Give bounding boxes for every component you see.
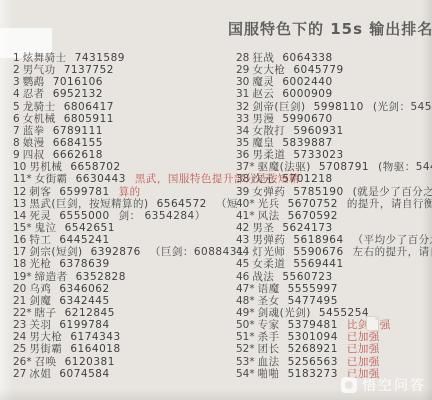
- weapon-note: (物驱：5441159): [378, 161, 432, 173]
- ranking-row: 32剑帝(巨剑)5998110(光剑：5453916): [236, 101, 432, 113]
- ranking-row: 15*鬼泣6542651: [13, 222, 223, 234]
- rank-number: 48*: [236, 295, 255, 307]
- ranking-row: 42男圣5624173: [236, 222, 432, 234]
- class-name: 娘漫: [23, 137, 45, 149]
- rank-number: 6: [13, 113, 20, 125]
- weapon-note: （短: [216, 198, 238, 210]
- dps-value: 5301094: [288, 331, 338, 343]
- rank-number: 38: [236, 173, 249, 185]
- dps-value: 6684155: [53, 137, 103, 149]
- rank-number: 27: [13, 368, 26, 380]
- ranking-row: 17剑宗(短剑)6392876（巨剑：6088431）: [13, 246, 223, 258]
- class-name: 狂战: [252, 52, 274, 64]
- rank-number: 41*: [236, 210, 255, 222]
- ranking-row: 21剑魔6342445: [13, 295, 223, 307]
- class-name: 特工: [29, 234, 51, 246]
- class-name: 女大枪: [252, 64, 285, 76]
- rank-number: 1: [13, 52, 20, 64]
- dps-value: 5268921: [288, 343, 338, 355]
- class-name: 女机械: [23, 113, 56, 125]
- rank-number: 12: [13, 186, 26, 198]
- dps-value: 6378639: [59, 258, 109, 270]
- rank-number: 32: [236, 101, 249, 113]
- rank-number: 20: [13, 283, 26, 295]
- ranking-row: 10男机械6658702: [13, 161, 223, 173]
- ranking-row: 38次元5701218: [236, 173, 432, 185]
- dps-value: 6599781: [59, 186, 109, 198]
- ranking-row: 1炫舞骑士7431589: [13, 52, 223, 64]
- dps-value: 5839887: [282, 137, 332, 149]
- ranking-row: 19*缔造者6352828: [13, 271, 223, 283]
- ranking-row: 37*驱魔(法驱)5708791(物驱：5441159): [236, 161, 432, 173]
- ranking-row: 47*语魔5555997: [236, 283, 432, 295]
- dps-value: 6806417: [64, 101, 114, 113]
- dps-value: 5560723: [282, 271, 332, 283]
- rank-number: 40*: [236, 198, 255, 210]
- rank-number: 2: [13, 64, 20, 76]
- ranking-row: 4忍者6952132: [13, 88, 223, 100]
- ranking-row: 45女柔道5569441: [236, 258, 432, 270]
- class-name: 女散打: [252, 125, 285, 137]
- class-name: 男柔道: [252, 149, 285, 161]
- ranking-row: 2男气功7137752: [13, 64, 223, 76]
- class-name: 鬼泣: [35, 222, 57, 234]
- rank-number: 37*: [236, 161, 255, 173]
- class-name: 男弹药: [252, 234, 285, 246]
- dps-value: 6045779: [293, 64, 343, 76]
- rank-number: 47*: [236, 283, 255, 295]
- rank-number: 45: [236, 258, 249, 270]
- ranking-row: 35魔皇5839887: [236, 137, 432, 149]
- ranking-row: 53*血法5256563已加强: [236, 356, 432, 368]
- dps-value: 6074584: [59, 368, 109, 380]
- red-annotation: 算的: [119, 186, 141, 198]
- class-name: 魔灵: [252, 76, 274, 88]
- ranking-row: 49*剑魂(光剑)5455254: [236, 307, 432, 319]
- ranking-row: 31赵云6000909: [236, 88, 432, 100]
- rank-number: 46: [236, 271, 249, 283]
- class-name: 四叔: [23, 149, 45, 161]
- ranking-row: 40*光兵5670752的提升，请自行衡量): [236, 198, 432, 210]
- rank-number: 39: [236, 186, 249, 198]
- class-name: 关羽: [29, 319, 51, 331]
- class-name: 团长: [258, 343, 280, 355]
- wukong-logo-icon: [341, 377, 357, 393]
- ranking-row: 46战法5560723: [236, 271, 432, 283]
- rank-number: 15*: [13, 222, 32, 234]
- rank-number: 25: [13, 343, 26, 355]
- dps-value: 6000909: [282, 88, 332, 100]
- ranking-row: 51*杀手5301094已加强: [236, 331, 432, 343]
- rank-number: 11*: [13, 173, 32, 185]
- ranking-row: 43男弹药5618964（平均少了百分之12: [236, 234, 432, 246]
- rank-number: 54*: [236, 368, 255, 380]
- dps-value: 6346062: [59, 283, 109, 295]
- dps-value: 6064338: [282, 52, 332, 64]
- rank-number: 10: [13, 161, 26, 173]
- class-name: 男大枪: [29, 331, 62, 343]
- rank-number: 30: [236, 76, 249, 88]
- class-name: 魔皇: [252, 137, 274, 149]
- class-name: 黑武(巨剑，按短精算的): [29, 198, 148, 210]
- dps-value: 5733023: [293, 149, 343, 161]
- dps-value: 5618964: [293, 234, 343, 246]
- ranking-row: 27冰姐6074584: [13, 368, 223, 380]
- dps-value: 5569441: [293, 258, 343, 270]
- ranking-row: 6女机械6805911: [13, 113, 223, 125]
- rank-number: 23: [13, 319, 26, 331]
- weapon-note: (光剑：5453916): [373, 101, 432, 113]
- ranking-row: 52*团长5268921已加强: [236, 343, 432, 355]
- dps-value: 5256563: [288, 356, 338, 368]
- dps-value: 5785190: [293, 186, 343, 198]
- class-name: 赵云: [252, 88, 274, 100]
- dps-value: 6542651: [65, 222, 115, 234]
- watermark: 悟空问答: [341, 375, 426, 395]
- rank-number: 14: [13, 210, 26, 222]
- rank-number: 31: [236, 88, 249, 100]
- dps-value: 5701218: [282, 173, 332, 185]
- ranking-row: 44灯光师5590676左右的提升，请自行衡量）: [236, 246, 432, 258]
- rank-number: 18: [13, 258, 26, 270]
- weapon-note: (就是少了百分之13左右: [353, 186, 432, 198]
- rank-number: 24: [13, 331, 26, 343]
- dps-value: 6555000: [59, 210, 109, 222]
- dps-value: 5379481: [288, 319, 338, 331]
- rank-number: 53*: [236, 356, 255, 368]
- dps-value: 6805911: [64, 113, 114, 125]
- weapon-note: 剑： 6354284）: [119, 210, 206, 222]
- weapon-note: （平均少了百分之12: [353, 234, 432, 246]
- dps-value: 6445241: [59, 234, 109, 246]
- class-name: 乌鸡: [29, 283, 51, 295]
- ranking-row: 33男漫5990670: [236, 113, 432, 125]
- rank-number: 35: [236, 137, 249, 149]
- class-name: 刺客: [29, 186, 51, 198]
- dps-value: 6630443: [76, 173, 126, 185]
- class-name: 召唤: [35, 356, 57, 368]
- class-name: 战法: [252, 271, 274, 283]
- ranking-row: 8娘漫6684155: [13, 137, 223, 149]
- class-name: 光兵: [258, 198, 280, 210]
- red-annotation: 已加强: [347, 331, 380, 343]
- ranking-row: 22*瞎子6212845: [13, 307, 223, 319]
- ranking-row: 28狂战6064338: [236, 52, 432, 64]
- class-name: 死灵: [29, 210, 51, 222]
- weapon-note: 左右的提升，请自行衡量）: [353, 246, 432, 258]
- class-name: 瞎子: [35, 307, 57, 319]
- ranking-row: 30魔灵6002440: [236, 76, 432, 88]
- dps-value: 5555997: [288, 283, 338, 295]
- ranking-row: 29女大枪6045779: [236, 64, 432, 76]
- ranking-row: 16特工6445241: [13, 234, 223, 246]
- class-name: 剑宗(短剑): [29, 246, 82, 258]
- ranking-row: 36男柔道5733023: [236, 149, 432, 161]
- class-name: 炫舞骑士: [23, 52, 67, 64]
- watermark-text: 悟空问答: [362, 375, 426, 395]
- ranking-row: 41*风法5670592: [236, 210, 432, 222]
- dps-value: 6212845: [65, 307, 115, 319]
- dps-value: 6564572: [157, 198, 207, 210]
- rank-number: 3: [13, 76, 20, 88]
- ranking-row: 9四叔6662618: [13, 149, 223, 161]
- rank-number: 9: [13, 149, 20, 161]
- rank-number: 49*: [236, 307, 255, 319]
- dps-value: 5998110: [314, 101, 364, 113]
- dps-value: 5624173: [282, 222, 332, 234]
- class-name: 杀手: [258, 331, 280, 343]
- ranking-row: 26*召唤6120381: [13, 356, 223, 368]
- scanned-ranking-document: 国服特色下的 15s 输出排名 1炫舞骑士74315892男气功71377523…: [0, 0, 432, 400]
- class-name: 缔造者: [35, 271, 68, 283]
- ranking-row: 34女散打5960931: [236, 125, 432, 137]
- ranking-row: 20乌鸡6346062: [13, 283, 223, 295]
- rank-number: 50*: [236, 319, 255, 331]
- dps-value: 6002440: [282, 76, 332, 88]
- rank-number: 7: [13, 125, 20, 137]
- class-name: 剑魂(光剑): [258, 307, 311, 319]
- class-name: 啪啪: [258, 368, 280, 380]
- class-name: 风法: [258, 210, 280, 222]
- ranking-row: 12刺客6599781算的: [13, 186, 223, 198]
- class-name: 语魔: [258, 283, 280, 295]
- class-name: 驱魔(法驱): [258, 161, 311, 173]
- ranking-row: 13黑武(巨剑，按短精算的)6564572（短: [13, 198, 223, 210]
- ranking-row: 39女弹药5785190(就是少了百分之13左右: [236, 186, 432, 198]
- ranking-row: 5龙骑士6806417: [13, 101, 223, 113]
- rank-number: 34: [236, 125, 249, 137]
- weapon-note: 的提升，请自行衡量): [347, 198, 432, 210]
- class-name: 冰姐: [29, 368, 51, 380]
- dps-value: 5670752: [288, 198, 338, 210]
- rank-number: 44: [236, 246, 249, 258]
- dps-value: 6662618: [53, 149, 103, 161]
- rank-number: 42: [236, 222, 249, 234]
- rank-number: 8: [13, 137, 20, 149]
- dps-value: 5708791: [319, 161, 369, 173]
- attachment-file-icon: [366, 316, 379, 331]
- class-name: 剑魔: [29, 295, 51, 307]
- rank-number: 5: [13, 101, 20, 113]
- class-name: 女街霸: [35, 173, 68, 185]
- class-name: 血法: [258, 356, 280, 368]
- ranking-row: 50*专家5379481比剑魂强: [236, 319, 432, 331]
- class-name: 男街霸: [29, 343, 62, 355]
- class-name: 女柔道: [252, 258, 285, 270]
- dps-value: 5670592: [288, 210, 338, 222]
- rank-number: 29: [236, 64, 249, 76]
- dps-value: 6352828: [76, 271, 126, 283]
- class-name: 蓝拳: [23, 125, 45, 137]
- class-name: 忍者: [23, 88, 45, 100]
- ranking-row: 3鹦鹉7016106: [13, 76, 223, 88]
- rank-number: 13: [13, 198, 26, 210]
- rank-number: 19*: [13, 271, 32, 283]
- ranking-row: 23关羽6199784: [13, 319, 223, 331]
- dps-value: 5590676: [293, 246, 343, 258]
- class-name: 圣女: [258, 295, 280, 307]
- rank-number: 33: [236, 113, 249, 125]
- class-name: 男圣: [252, 222, 274, 234]
- rank-number: 43: [236, 234, 249, 246]
- ranking-row: 24男大枪6174343: [13, 331, 223, 343]
- dps-value: 6658702: [70, 161, 120, 173]
- dps-value: 6199784: [59, 319, 109, 331]
- rank-number: 22*: [13, 307, 32, 319]
- rank-number: 17: [13, 246, 26, 258]
- dps-value: 6789111: [53, 125, 103, 137]
- rank-number: 16: [13, 234, 26, 246]
- red-annotation: 已加强: [347, 343, 380, 355]
- class-name: 男漫: [252, 113, 274, 125]
- rank-number: 36: [236, 149, 249, 161]
- dps-value: 7137752: [64, 64, 114, 76]
- ranking-row: 14死灵6555000剑： 6354284）: [13, 210, 223, 222]
- rank-number: 21: [13, 295, 26, 307]
- ranking-row: 18光枪6378639: [13, 258, 223, 270]
- class-name: 专家: [258, 319, 280, 331]
- rank-number: 26*: [13, 356, 32, 368]
- class-name: 次元: [252, 173, 274, 185]
- class-name: 剑帝(巨剑): [252, 101, 305, 113]
- dps-value: 6952132: [53, 88, 103, 100]
- dps-value: 5183273: [288, 368, 338, 380]
- page-title: 国服特色下的 15s 输出排名: [228, 18, 432, 39]
- dps-value: 6392876: [91, 246, 141, 258]
- rank-number: 51*: [236, 331, 255, 343]
- ranking-row: 48*圣女5477495: [236, 295, 432, 307]
- red-annotation: 已加强: [347, 356, 380, 368]
- class-name: 男机械: [29, 161, 62, 173]
- dps-value: 6342445: [59, 295, 109, 307]
- rank-number: 52*: [236, 343, 255, 355]
- dps-value: 7016106: [53, 76, 103, 88]
- class-name: 鹦鹉: [23, 76, 45, 88]
- dps-value: 5960931: [293, 125, 343, 137]
- dps-value: 5477495: [288, 295, 338, 307]
- dps-value: 7431589: [75, 52, 125, 64]
- dps-value: 5990670: [282, 113, 332, 125]
- ranking-row: 25男街霸6164018: [13, 343, 223, 355]
- attachment-dash: [382, 320, 388, 322]
- ranking-column-right: 28狂战606433829女大枪604577930魔灵600244031赵云60…: [236, 52, 432, 380]
- rank-number: 28: [236, 52, 249, 64]
- dps-value: 5455254: [319, 307, 369, 319]
- class-name: 龙骑士: [23, 101, 56, 113]
- class-name: 光枪: [29, 258, 51, 270]
- class-name: 灯光师: [252, 246, 285, 258]
- class-name: 女弹药: [252, 186, 285, 198]
- rank-number: 4: [13, 88, 20, 100]
- ranking-row: 7蓝拳6789111: [13, 125, 223, 137]
- dps-value: 6120381: [65, 356, 115, 368]
- dps-value: 6174343: [70, 331, 120, 343]
- ranking-column-left: 1炫舞骑士74315892男气功71377523鹦鹉70161064忍者6952…: [13, 52, 223, 380]
- ranking-row: 11*女街霸6630443黑武，国服特色提升部分是按短精: [13, 173, 223, 185]
- dps-value: 6164018: [70, 343, 120, 355]
- class-name: 男气功: [23, 64, 56, 76]
